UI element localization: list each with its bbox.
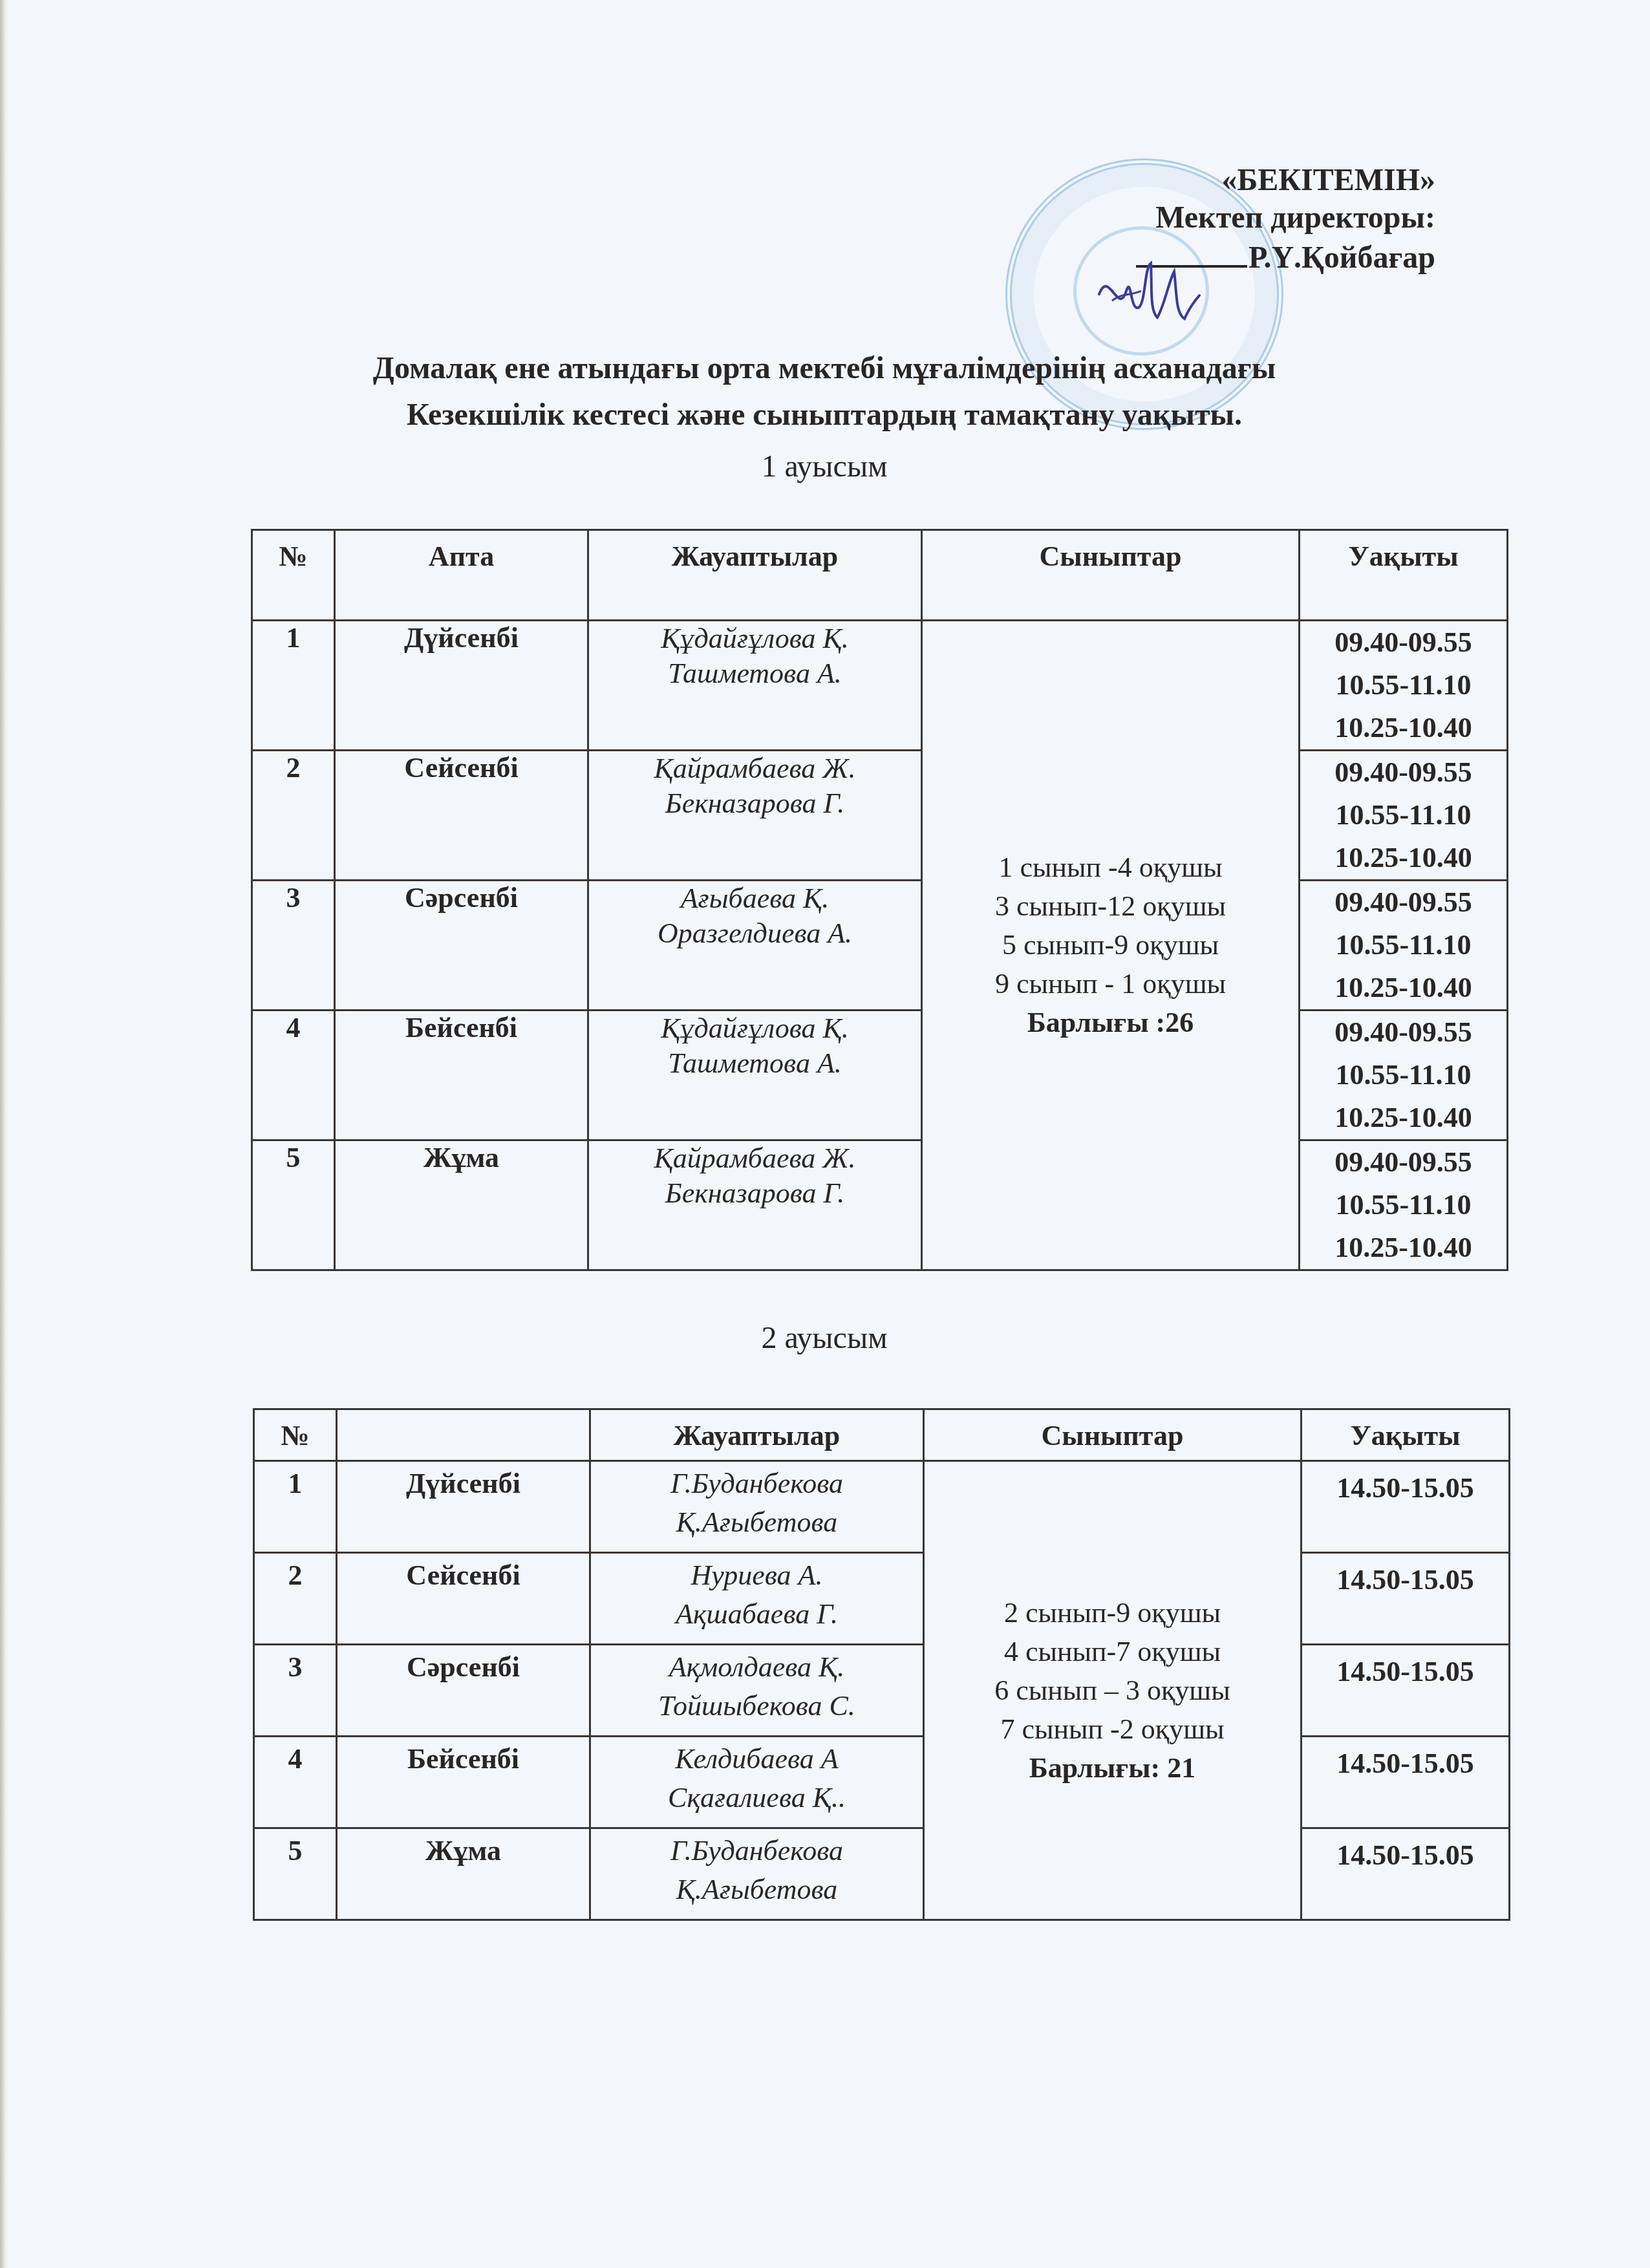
row-number: 1 — [254, 1461, 337, 1553]
class-count: 1 сынып -4 оқушы — [923, 848, 1298, 887]
approval-block: «БЕКІТЕМІН» Мектеп директоры: Р.Ү.Қойбағ… — [970, 162, 1435, 277]
time-slot: 10.25-10.40 — [1300, 837, 1506, 879]
teacher-name: Г.Буданбекова — [591, 1832, 923, 1870]
responsible-teachers: Г.БуданбековаҚ.Ағыбетова — [590, 1828, 924, 1920]
responsible-teachers: Қайрамбаева Ж.Бекназарова Г. — [588, 751, 922, 881]
table-row: 4БейсенбіҚұдайғұлова Қ.Ташметова А.09.40… — [252, 1011, 1508, 1140]
time-slot: 09.40-09.55 — [1300, 1011, 1506, 1054]
table-header-row: № Апта Жауаптылар Сыныптар Уақыты — [252, 530, 1508, 621]
class-count: 5 сынып-9 оқушы — [923, 926, 1298, 965]
teacher-name: Тойшыбекова С. — [591, 1687, 923, 1726]
time-slot: 09.40-09.55 — [1300, 621, 1506, 664]
meal-times: 14.50-15.05 — [1302, 1737, 1510, 1828]
row-number: 3 — [252, 881, 335, 1011]
shift2-table: № Жауаптылар Сыныптар Уақыты 1ДүйсенбіГ.… — [253, 1408, 1510, 1921]
meal-times: 09.40-09.5510.55-11.1010.25-10.40 — [1300, 881, 1508, 1011]
responsible-teachers: Қайрамбаева Ж.Бекназарова Г. — [588, 1140, 922, 1270]
teacher-name: Бекназарова Г. — [589, 786, 921, 821]
responsible-teachers: Ағыбаева Қ.Оразгелдиева А. — [588, 881, 922, 1011]
class-count: 6 сынып – 3 оқушы — [925, 1671, 1300, 1710]
meal-times: 14.50-15.05 — [1302, 1828, 1510, 1920]
class-count: 2 сынып-9 оқушы — [925, 1594, 1300, 1632]
classes-summary: 2 сынып-9 оқушы4 сынып-7 оқушы6 сынып – … — [924, 1461, 1302, 1920]
approval-position: Мектеп директоры: — [970, 199, 1435, 237]
approval-heading: «БЕКІТЕМІН» — [970, 162, 1435, 199]
teacher-name: Ағыбаева Қ. — [589, 881, 921, 916]
time-slot: 10.25-10.40 — [1300, 707, 1506, 749]
table-row: 2СейсенбіНуриева А.Ақшабаева Г.14.50-15.… — [254, 1553, 1510, 1645]
time-slot: 10.55-11.10 — [1300, 664, 1506, 707]
teacher-name: Қайрамбаева Ж. — [589, 751, 921, 786]
responsible-teachers: Нуриева А.Ақшабаева Г. — [590, 1553, 924, 1645]
teacher-name: Бекназарова Г. — [589, 1176, 921, 1211]
row-number: 2 — [252, 751, 335, 881]
teacher-name: Ташметова А. — [589, 656, 921, 691]
teacher-name: Г.Буданбекова — [591, 1464, 923, 1503]
table-row: 5ЖұмаГ.БуданбековаҚ.Ағыбетова14.50-15.05 — [254, 1828, 1510, 1920]
row-number: 5 — [252, 1140, 335, 1270]
row-number: 2 — [254, 1553, 337, 1645]
header-classes: Сыныптар — [922, 530, 1300, 621]
shift1-table: № Апта Жауаптылар Сыныптар Уақыты 1Дүйсе… — [251, 529, 1508, 1271]
teacher-name: Сқағалиева Қ.. — [591, 1779, 923, 1817]
document-title-line2: Кезекшілік кестесі және сыныптардың тама… — [175, 396, 1474, 434]
time-slot: 09.40-09.55 — [1300, 751, 1506, 794]
header-number: № — [254, 1409, 337, 1461]
table-row: 3СәрсенбіАқмолдаева Қ.Тойшыбекова С.14.5… — [254, 1645, 1510, 1737]
scan-edge — [0, 0, 9, 2268]
meal-times: 14.50-15.05 — [1302, 1461, 1510, 1553]
time-slot: 10.55-11.10 — [1300, 1184, 1506, 1226]
row-number: 3 — [254, 1645, 337, 1737]
shift1-label: 1 ауысым — [175, 447, 1474, 486]
teacher-name: Келдибаева А — [591, 1740, 923, 1779]
time-slot: 14.50-15.05 — [1302, 1742, 1508, 1785]
teacher-name: Ақшабаева Г. — [591, 1595, 923, 1634]
classes-summary: 1 сынып -4 оқушы3 сынып-12 оқушы5 сынып-… — [922, 621, 1300, 1270]
meal-times: 09.40-09.5510.55-11.1010.25-10.40 — [1300, 751, 1508, 881]
table-row: 1ДүйсенбіҚұдайғұлова Қ.Ташметова А.1 сын… — [252, 621, 1508, 751]
signature-line — [1136, 237, 1247, 268]
time-slot: 10.55-11.10 — [1300, 794, 1506, 837]
teacher-name: Құдайғұлова Қ. — [589, 621, 921, 656]
responsible-teachers: Келдибаева АСқағалиева Қ.. — [590, 1737, 924, 1828]
time-slot: 10.55-11.10 — [1300, 924, 1506, 967]
weekday: Сәрсенбі — [337, 1645, 590, 1737]
class-count: 7 сынып -2 оқушы — [925, 1710, 1300, 1749]
meal-times: 14.50-15.05 — [1302, 1553, 1510, 1645]
teacher-name: Ташметова А. — [589, 1046, 921, 1081]
table-row: 5ЖұмаҚайрамбаева Ж.Бекназарова Г.09.40-0… — [252, 1140, 1508, 1270]
header-week — [337, 1409, 590, 1461]
responsible-teachers: Ақмолдаева Қ.Тойшыбекова С. — [590, 1645, 924, 1737]
header-time: Уақыты — [1300, 530, 1508, 621]
responsible-teachers: Г.БуданбековаҚ.Ағыбетова — [590, 1461, 924, 1553]
row-number: 5 — [254, 1828, 337, 1920]
teacher-name: Ақмолдаева Қ. — [591, 1648, 923, 1687]
weekday: Бейсенбі — [337, 1737, 590, 1828]
teacher-name: Құдайғұлова Қ. — [589, 1011, 921, 1046]
time-slot: 10.25-10.40 — [1300, 1226, 1506, 1269]
total-students: Барлығы :26 — [923, 1003, 1298, 1042]
row-number: 4 — [254, 1737, 337, 1828]
time-slot: 10.25-10.40 — [1300, 967, 1506, 1009]
time-slot: 14.50-15.05 — [1302, 1651, 1508, 1693]
time-slot: 10.25-10.40 — [1300, 1097, 1506, 1139]
header-number: № — [252, 530, 335, 621]
teacher-name: Қайрамбаева Ж. — [589, 1141, 921, 1176]
table-row: 4БейсенбіКелдибаева АСқағалиева Қ..14.50… — [254, 1737, 1510, 1828]
table-row: 2СейсенбіҚайрамбаева Ж.Бекназарова Г.09.… — [252, 751, 1508, 881]
header-responsible: Жауаптылар — [588, 530, 922, 621]
meal-times: 14.50-15.05 — [1302, 1645, 1510, 1737]
class-count: 4 сынып-7 оқушы — [925, 1632, 1300, 1671]
weekday: Бейсенбі — [335, 1011, 588, 1140]
time-slot: 10.55-11.10 — [1300, 1054, 1506, 1097]
weekday: Дүйсенбі — [337, 1461, 590, 1553]
responsible-teachers: Құдайғұлова Қ.Ташметова А. — [588, 621, 922, 751]
time-slot: 14.50-15.05 — [1302, 1834, 1508, 1877]
table-row: 3СәрсенбіАғыбаева Қ.Оразгелдиева А.09.40… — [252, 881, 1508, 1011]
responsible-teachers: Құдайғұлова Қ.Ташметова А. — [588, 1011, 922, 1140]
teacher-name: Қ.Ағыбетова — [591, 1870, 923, 1909]
weekday: Сәрсенбі — [335, 881, 588, 1011]
row-number: 1 — [252, 621, 335, 751]
header-time: Уақыты — [1302, 1409, 1510, 1461]
time-slot: 09.40-09.55 — [1300, 1141, 1506, 1184]
meal-times: 09.40-09.5510.55-11.1010.25-10.40 — [1300, 1140, 1508, 1270]
time-slot: 14.50-15.05 — [1302, 1559, 1508, 1601]
director-name: Р.Ү.Қойбағар — [1248, 241, 1435, 275]
teacher-name: Нуриева А. — [591, 1556, 923, 1595]
class-count: 9 сынып - 1 оқушы — [923, 965, 1298, 1003]
meal-times: 09.40-09.5510.55-11.1010.25-10.40 — [1300, 1011, 1508, 1140]
total-students: Барлығы: 21 — [925, 1749, 1300, 1788]
weekday: Жұма — [337, 1828, 590, 1920]
weekday: Дүйсенбі — [335, 621, 588, 751]
teacher-name: Қ.Ағыбетова — [591, 1503, 923, 1542]
weekday: Сейсенбі — [337, 1553, 590, 1645]
document-title-line1: Домалақ ене атындағы орта мектебі мұғалі… — [175, 349, 1474, 388]
time-slot: 14.50-15.05 — [1302, 1467, 1508, 1510]
weekday: Сейсенбі — [335, 751, 588, 881]
shift2-label: 2 ауысым — [175, 1319, 1474, 1358]
table-row: 1ДүйсенбіГ.БуданбековаҚ.Ағыбетова2 сынып… — [254, 1461, 1510, 1553]
teacher-name: Оразгелдиева А. — [589, 916, 921, 951]
table-header-row: № Жауаптылар Сыныптар Уақыты — [254, 1409, 1510, 1461]
header-week: Апта — [335, 530, 588, 621]
row-number: 4 — [252, 1011, 335, 1140]
class-count: 3 сынып-12 оқушы — [923, 887, 1298, 926]
header-classes: Сыныптар — [924, 1409, 1302, 1461]
header-responsible: Жауаптылар — [590, 1409, 924, 1461]
time-slot: 09.40-09.55 — [1300, 881, 1506, 924]
meal-times: 09.40-09.5510.55-11.1010.25-10.40 — [1300, 621, 1508, 751]
weekday: Жұма — [335, 1140, 588, 1270]
